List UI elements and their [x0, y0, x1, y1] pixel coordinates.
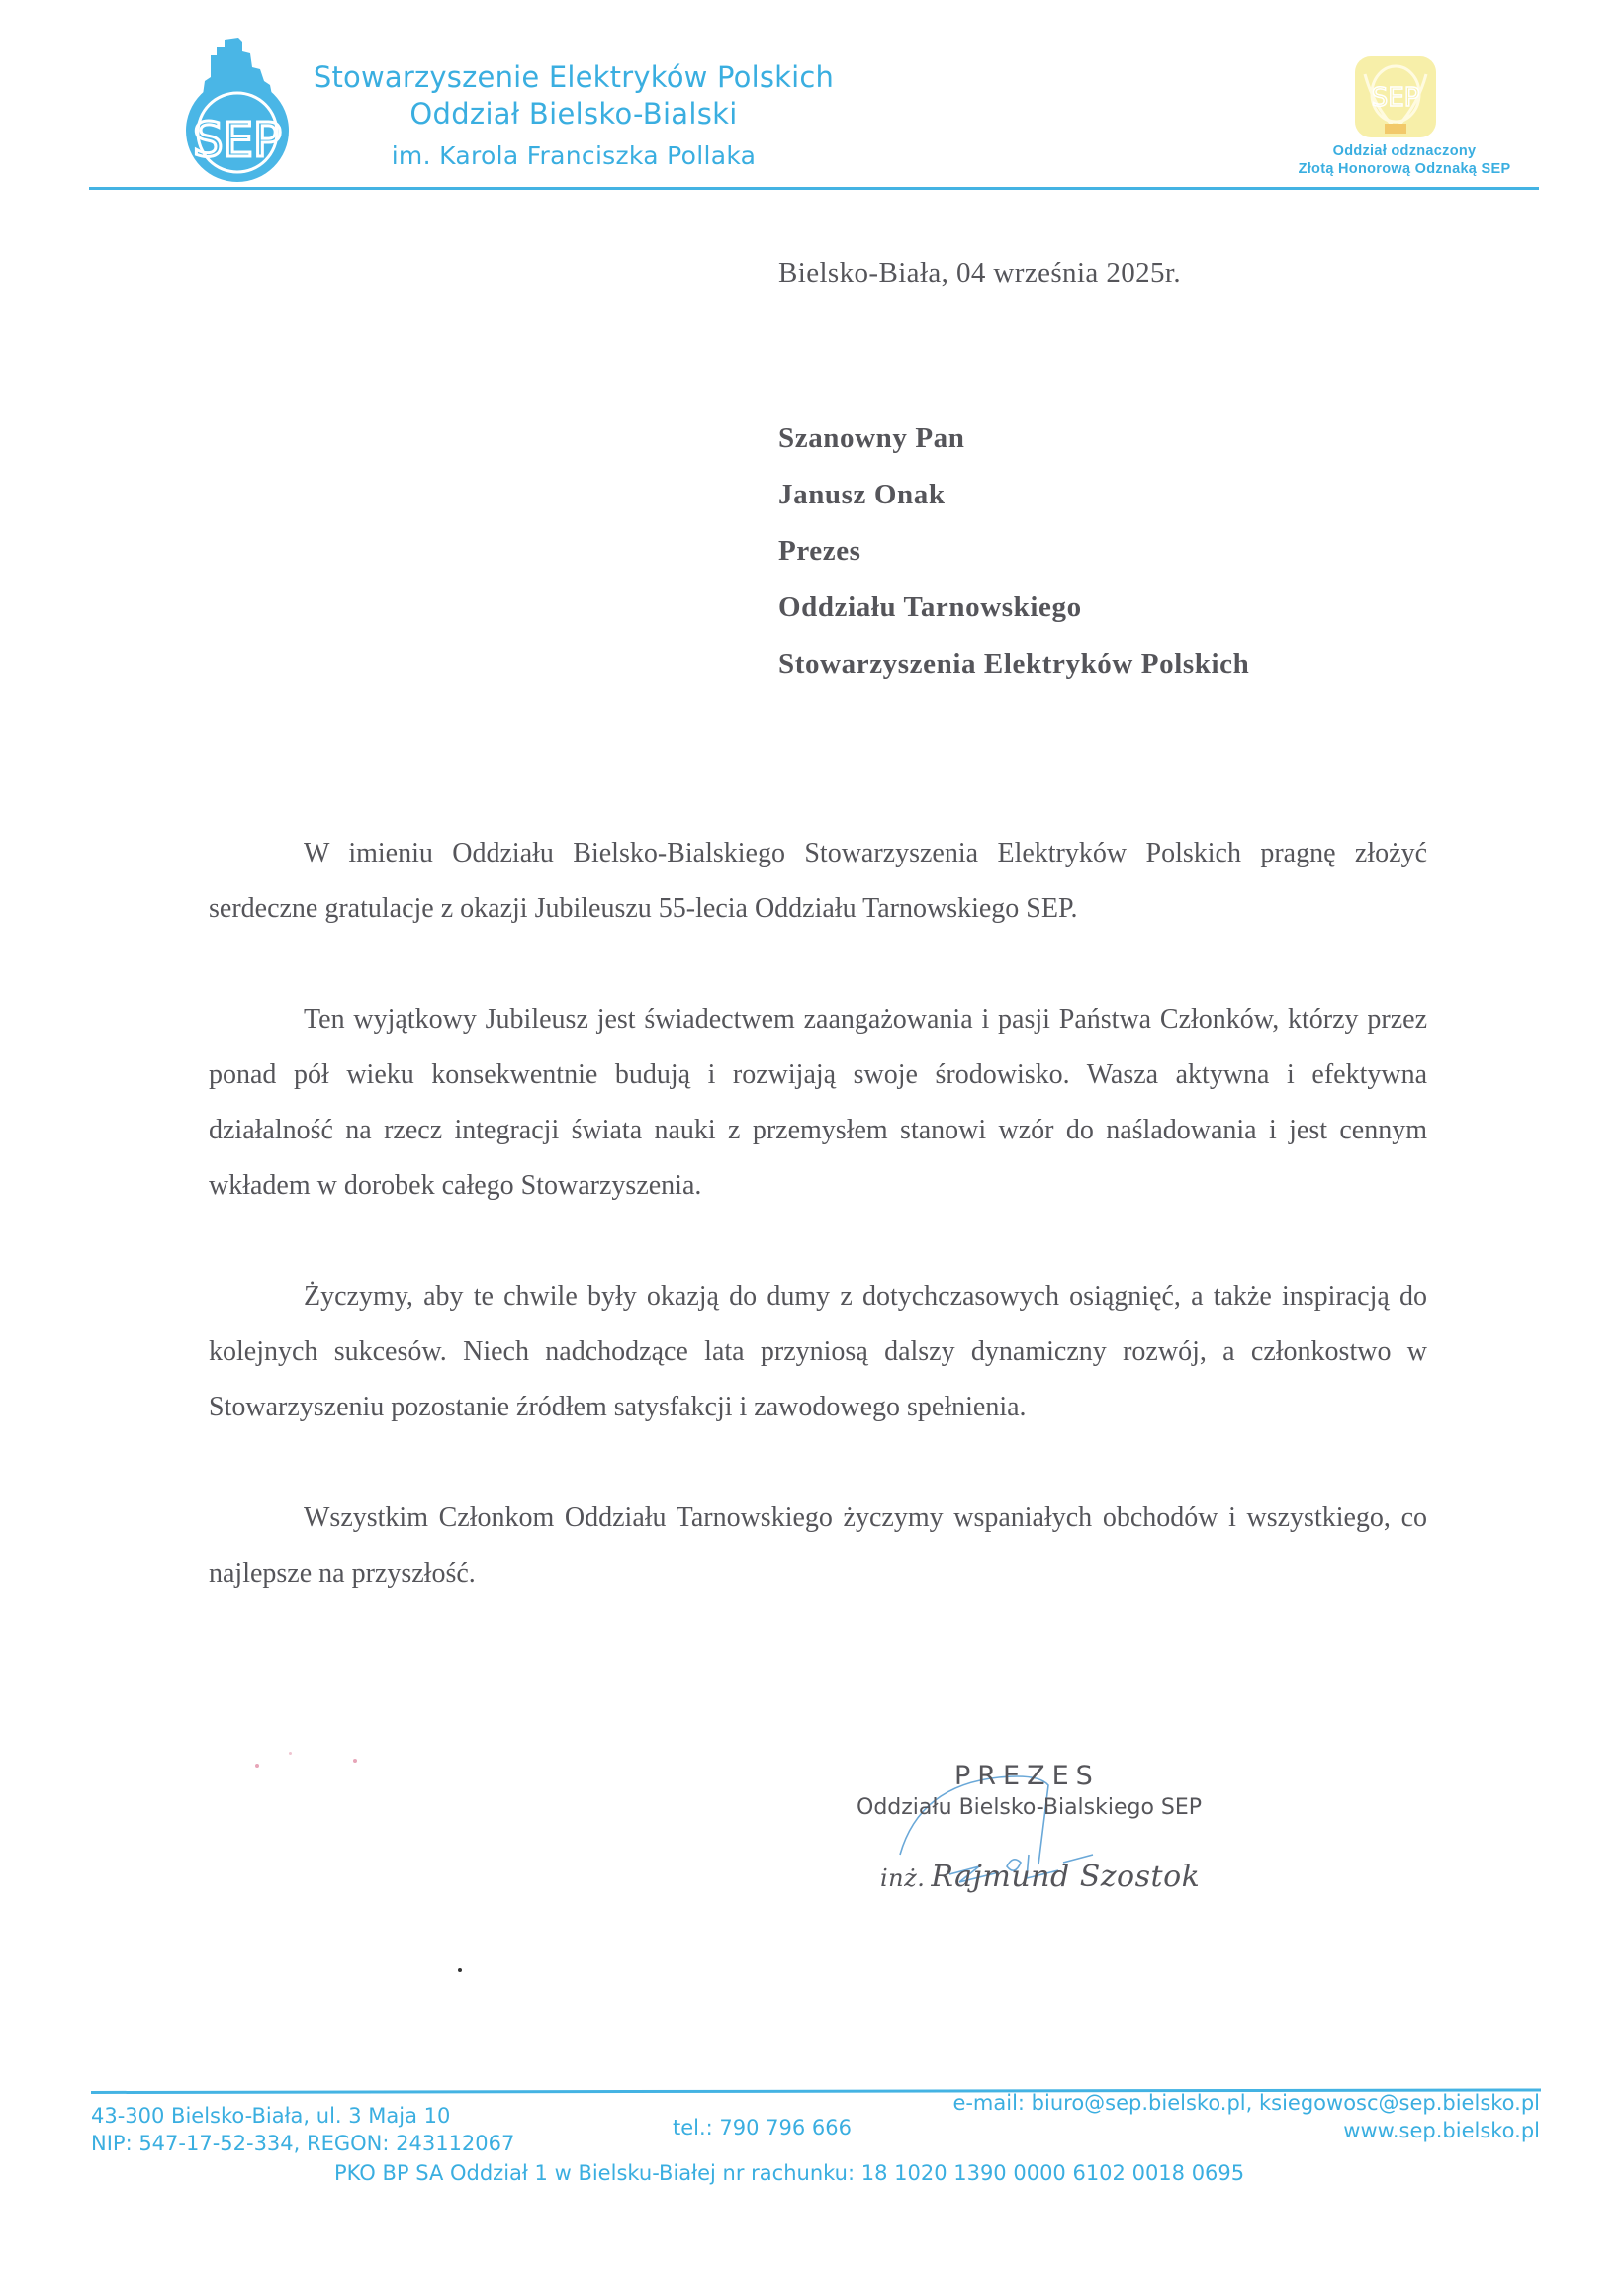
letter-date: Bielsko-Biała, 04 września 2025r. — [778, 257, 1181, 290]
recipient-salutation: Szanowny Pan — [778, 418, 1249, 475]
header-divider — [89, 187, 1539, 190]
badge-caption-line: Oddział odznaczony — [1256, 142, 1553, 160]
body-paragraph: W imieniu Oddziału Bielsko-Bialskiego St… — [209, 826, 1427, 937]
badge-caption: Oddział odznaczony Złotą Honorową Odznak… — [1256, 142, 1553, 178]
signatory-prefix: inż. — [880, 1864, 925, 1892]
body-paragraph: Życzymy, aby te chwile były okazją do du… — [209, 1269, 1427, 1435]
signatory-full-name: Rajmund Szostok — [931, 1860, 1200, 1894]
patron-name: im. Karola Franciszka Pollaka — [277, 136, 870, 176]
recipient-block: Szanowny Pan Janusz Onak Prezes Oddziału… — [778, 418, 1249, 700]
scan-speck — [353, 1759, 357, 1763]
footer-street-address: 43-300 Bielsko-Biała, ul. 3 Maja 10 — [91, 2102, 514, 2130]
svg-text:SEP: SEP — [193, 113, 282, 168]
letterhead-text: Stowarzyszenie Elektryków Polskich Oddzi… — [277, 59, 870, 176]
recipient-name: Janusz Onak — [778, 475, 1249, 531]
footer-bank-account: PKO BP SA Oddział 1 w Bielsku-Białej nr … — [334, 2159, 1244, 2187]
branch-name: Oddział Bielsko-Bialski — [277, 95, 870, 133]
body-paragraph: Ten wyjątkowy Jubileusz jest świadectwem… — [209, 992, 1427, 1214]
footer-contact: e-mail: biuro@sep.bielsko.pl, ksiegowosc… — [935, 2089, 1540, 2144]
footer-address: 43-300 Bielsko-Biała, ul. 3 Maja 10 NIP:… — [91, 2102, 514, 2157]
scan-speck — [255, 1764, 259, 1768]
scan-speck — [289, 1752, 292, 1755]
letter-body: W imieniu Oddziału Bielsko-Bialskiego St… — [209, 826, 1427, 1601]
scan-speck — [458, 1968, 462, 1972]
badge-caption-line: Złotą Honorową Odznaką SEP — [1256, 160, 1553, 178]
body-paragraph: Wszystkim Członkom Oddziału Tarnowskiego… — [209, 1491, 1427, 1601]
footer-email[interactable]: e-mail: biuro@sep.bielsko.pl, ksiegowosc… — [935, 2089, 1540, 2117]
svg-text:SEP: SEP — [1372, 83, 1420, 113]
footer-phone: tel.: 790 796 666 — [673, 2114, 852, 2141]
footer-website[interactable]: www.sep.bielsko.pl — [935, 2117, 1540, 2144]
footer-tax-ids: NIP: 547-17-52-334, REGON: 243112067 — [91, 2130, 514, 2157]
recipient-branch: Oddziału Tarnowskiego — [778, 588, 1249, 644]
signature-organization: Oddziału Bielsko-Bialskiego SEP — [857, 1795, 1202, 1820]
recipient-organization: Stowarzyszenia Elektryków Polskich — [778, 644, 1249, 700]
signature-title: PREZES — [954, 1761, 1100, 1791]
organization-name: Stowarzyszenie Elektryków Polskich — [277, 59, 870, 95]
signatory-name: inż.Rajmund Szostok — [880, 1860, 1200, 1894]
recipient-title: Prezes — [778, 531, 1249, 588]
gold-badge-icon: SEP — [1353, 54, 1438, 139]
